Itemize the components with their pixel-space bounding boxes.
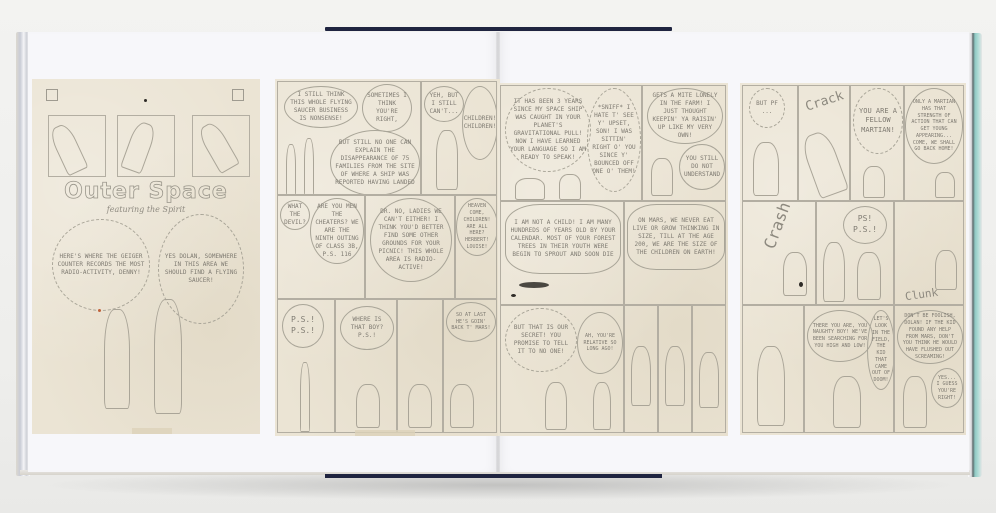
speech-bubble: But still no one can explain the disappe… xyxy=(330,130,420,195)
comic-panel: On Mars, we never eat live or grow think… xyxy=(624,201,726,305)
sketch-character xyxy=(823,242,845,302)
comic-panel: But that is our secret! You promise to t… xyxy=(500,305,624,433)
comic-panel: But PF ... xyxy=(742,85,798,201)
sketch-character xyxy=(665,346,685,406)
sketch-character xyxy=(857,252,881,300)
comic-panel: I am not a child! I am many hundreds of … xyxy=(500,201,624,305)
comic-panel: I still think this whole flying saucer b… xyxy=(277,81,421,195)
book-cover-bottom xyxy=(325,474,662,478)
comic-panel: Gets a mite lonely in the farm! I just t… xyxy=(642,85,726,201)
sound-effect: Crash xyxy=(760,201,794,251)
sketch-foot xyxy=(120,120,158,175)
sketch-subtitle: featuring the Spirit xyxy=(32,205,260,214)
sketch-character xyxy=(300,362,310,432)
comic-panel: Dr. No, ladies we can't either! I think … xyxy=(365,195,455,299)
sketch-sheet-page-3: It has been 3 years since my space ship … xyxy=(498,83,728,436)
comic-panel: Crack xyxy=(798,85,850,201)
sketch-character xyxy=(935,172,955,198)
speech-bubble: You are a fellow Martian! xyxy=(853,88,903,154)
sketch-character xyxy=(753,142,779,196)
comic-panel: Where is that boy? P.S.! xyxy=(335,299,397,433)
speech-bubble: So at last he's goin' back t' Mars! xyxy=(446,302,496,342)
sketch-sheet-outer-space: Outer Space featuring the Spirit Here's … xyxy=(32,79,260,434)
speech-bubble: But that is our secret! You promise to t… xyxy=(505,308,577,372)
sketch-character-tall xyxy=(154,299,182,414)
speech-bubble: Sometimes I think you're right, xyxy=(362,84,412,132)
comic-panel xyxy=(692,305,726,433)
comic-panel xyxy=(192,115,250,177)
red-mark xyxy=(98,309,101,312)
speech-bubble: But PF ... xyxy=(749,88,785,128)
comic-panel: Heaven come, children! Are all here? Her… xyxy=(455,195,497,299)
ink-mark xyxy=(799,282,803,287)
speech-bubble: Yeh, but I still can't... xyxy=(424,86,464,122)
sketch-character xyxy=(699,352,719,408)
comic-panel: Yeh, but I still can't... Children! Chil… xyxy=(421,81,497,195)
comic-panel xyxy=(658,305,692,433)
speech-bubble: Where is that boy? P.S.! xyxy=(340,306,394,350)
speech-bubble: Gets a mite lonely in the farm! I just t… xyxy=(647,88,723,144)
speech-bubble: Children! Children! xyxy=(462,86,497,160)
speech-bubble: Yes... I guess you're right! xyxy=(931,368,963,408)
sketch-character xyxy=(833,376,861,428)
comic-panel: So at last he's goin' back t' Mars! xyxy=(443,299,497,433)
sketch-character xyxy=(783,252,807,296)
sketch-foot xyxy=(196,120,240,174)
tape-strip xyxy=(132,428,172,434)
speech-bubble: What the devil? xyxy=(280,200,310,230)
sketch-character-short xyxy=(104,309,130,409)
speech-bubble: On Mars, we never eat live or grow think… xyxy=(627,204,725,270)
comic-panel: Clunk xyxy=(894,201,964,305)
speech-bubble: PS! P.S.! xyxy=(843,206,887,244)
comic-panel: You are a fellow Martian! xyxy=(850,85,904,201)
speech-bubble: You still do not understand xyxy=(679,144,725,190)
sketch-character xyxy=(935,250,957,290)
comic-panel xyxy=(117,115,175,177)
sound-effect: Crack xyxy=(804,88,846,114)
ink-smudge xyxy=(519,282,549,288)
comic-panel: Crash xyxy=(742,201,816,305)
speech-bubble: Only a Martian has that strength of acti… xyxy=(905,88,963,164)
corner-box-mark xyxy=(232,89,244,101)
sketch-character xyxy=(545,382,567,430)
ink-smudge xyxy=(511,294,516,297)
comic-panel: It has been 3 years since my space ship … xyxy=(500,85,642,201)
sketch-character xyxy=(631,346,651,406)
comic-panel xyxy=(397,299,443,433)
speech-bubble: Heaven come, children! Are all here? Her… xyxy=(456,198,497,256)
comic-panel xyxy=(624,305,658,433)
sketch-sheet-page-4: But PF ... Crack You are a fellow Martia… xyxy=(740,83,966,435)
speech-bubble: Don't be foolish, Dolan! If the kid foun… xyxy=(897,310,963,364)
sketch-character xyxy=(515,178,545,200)
sketch-character xyxy=(651,158,673,196)
sketch-character xyxy=(356,384,380,428)
sketch-character xyxy=(559,174,581,200)
speech-bubble: Are you men the cheaters? We are the nin… xyxy=(310,198,364,264)
sketch-character xyxy=(304,138,314,195)
sketch-character xyxy=(286,144,296,195)
comic-panel: P.S.! P.S.! xyxy=(277,299,335,433)
sketch-foot xyxy=(48,122,89,177)
speech-bubble: I am not a child! I am many hundreds of … xyxy=(505,204,621,274)
sketch-character xyxy=(593,382,611,430)
speech-bubble: Dr. No, ladies we can't either! I think … xyxy=(370,198,452,282)
sound-effect: Clunk xyxy=(904,286,939,303)
comic-panel xyxy=(742,305,804,433)
sketch-character xyxy=(450,384,474,428)
speech-bubble: There you are, you naughty boy! We've be… xyxy=(807,310,873,362)
sketch-character xyxy=(757,346,785,426)
tape-strip xyxy=(355,430,415,436)
speech-bubble: Ah, you're relative so long ago! xyxy=(577,312,623,374)
comic-panel xyxy=(48,115,106,177)
book-cover-top xyxy=(325,27,672,31)
sketch-sheet-page-2: I still think this whole flying saucer b… xyxy=(275,79,500,436)
sketch-character xyxy=(799,129,849,199)
comic-panel: PS! P.S.! xyxy=(816,201,894,305)
corner-box-mark xyxy=(46,89,58,101)
speech-bubble: I still think this whole flying saucer b… xyxy=(284,86,358,128)
comic-panel: What the devil? Are you men the cheaters… xyxy=(277,195,365,299)
speech-bubble: It has been 3 years since my space ship … xyxy=(505,88,591,172)
sketch-character xyxy=(408,384,432,428)
speech-bubble: *Sniff* I hate t' see y' upset, son! I w… xyxy=(587,88,641,192)
comic-panel: Only a Martian has that strength of acti… xyxy=(904,85,964,201)
sketch-character xyxy=(863,166,885,198)
comic-panel: Don't be foolish, Dolan! If the kid foun… xyxy=(894,305,964,433)
comic-panel: There you are, you naughty boy! We've be… xyxy=(804,305,894,433)
speech-bubble: P.S.! P.S.! xyxy=(282,304,324,348)
sketch-character xyxy=(436,130,458,190)
book-page-edge-right xyxy=(968,33,982,477)
sketch-title: Outer Space xyxy=(32,179,260,204)
speech-bubble: Let's look in the field, the kid that ca… xyxy=(867,310,894,390)
sketch-character xyxy=(903,376,927,428)
ink-dot xyxy=(144,99,147,102)
speech-bubble: Here's where the Geiger counter records … xyxy=(52,219,150,311)
